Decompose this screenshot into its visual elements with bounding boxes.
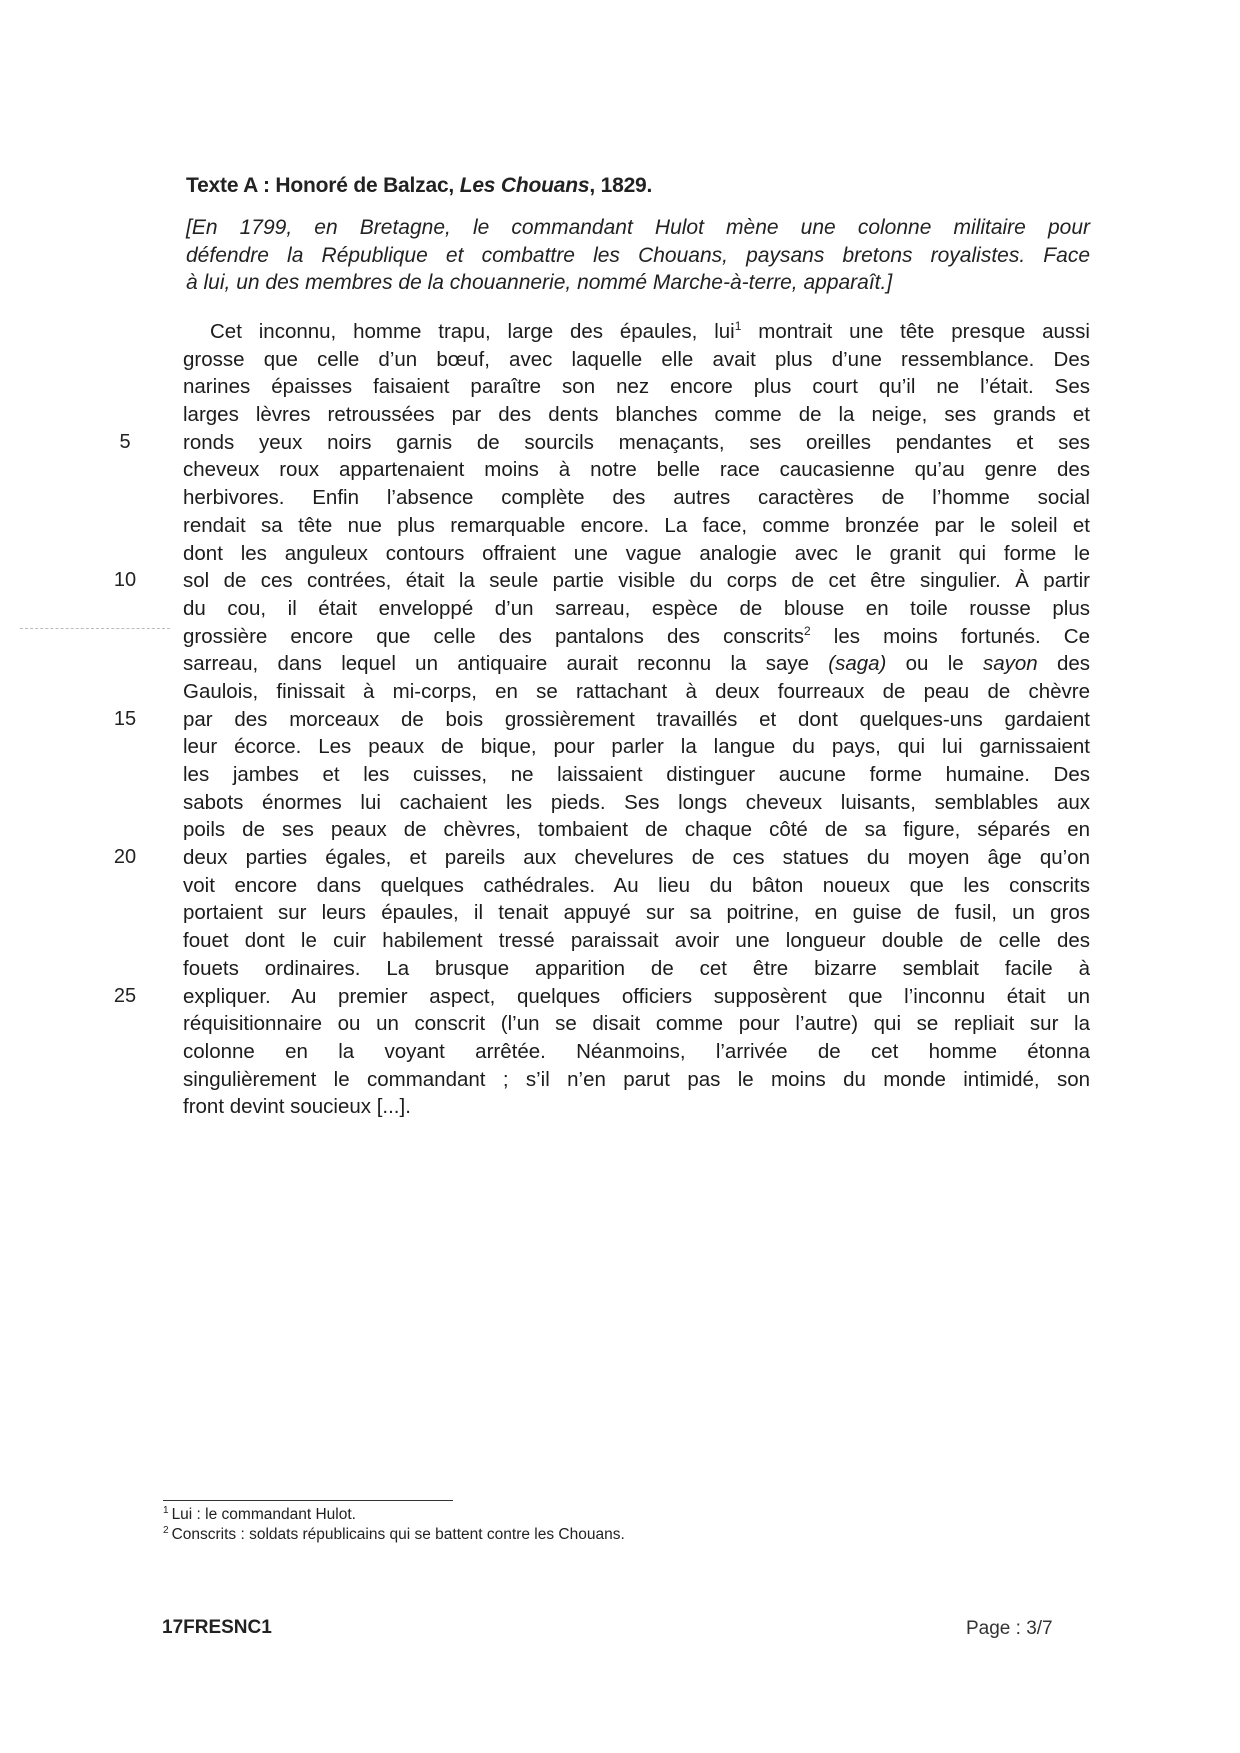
passage-line: grosse que celle d’un bœuf, avec laquell… [183,346,1090,374]
intro-line: [En 1799, en Bretagne, le commandant Hul… [186,214,1090,242]
passage-line: narines épaisses faisaient paraître son … [183,373,1090,401]
passage-line: fouets ordinaires. La brusque apparition… [183,955,1090,983]
footnote-text: Lui : le commandant Hulot. [172,1506,356,1523]
heading-suffix: , 1829. [589,174,652,197]
text-heading: Texte A : Honoré de Balzac, Les Chouans,… [186,174,652,198]
passage-line: larges lèvres retroussées par des dents … [183,401,1090,429]
line-segment: Cet inconnu, homme trapu, large des épau… [210,320,735,343]
passage-line: deux parties égales, et pareils aux chev… [183,844,1090,872]
line-segment: grossière encore que celle des pantalons… [183,625,804,648]
passage-line: colonne en la voyant arrêtée. Néanmoins,… [183,1038,1090,1066]
line-segment: leur écorce. Les peaux de bique, pour pa… [183,735,1090,758]
line-number: 20 [100,844,150,872]
line-segment: Gaulois, finissait à mi-corps, en se rat… [183,680,1090,703]
page-number: Page : 3/7 [966,1618,1053,1640]
intro-line: défendre la République et combattre les … [186,242,1090,270]
line-segment: dont les anguleux contours offraient une… [183,542,1090,565]
passage-text: Cet inconnu, homme trapu, large des épau… [183,318,1090,1121]
passage-line: par des morceaux de bois grossièrement t… [183,706,1090,734]
footnote-2: 2Conscrits : soldats républicains qui se… [163,1525,625,1545]
passage-line: singulièrement le commandant ; s’il n’en… [183,1066,1090,1094]
heading-work-title: Les Chouans [460,174,590,197]
line-segment: par des morceaux de bois grossièrement t… [183,708,1090,731]
line-segment: fouet dont le cuir habilement tressé par… [183,929,1090,952]
line-segment: sayon [983,652,1038,675]
line-segment: larges lèvres retroussées par des dents … [183,403,1090,426]
footnote-text: Conscrits : soldats républicains qui se … [172,1526,625,1543]
line-segment: ronds yeux noirs garnis de sourcils mena… [183,431,1090,454]
line-number: 25 [100,983,150,1011]
line-segment: deux parties égales, et pareils aux chev… [183,846,1090,869]
scan-artifact [20,628,170,629]
passage-line: sol de ces contrées, était la seule part… [183,567,1090,595]
footnote-1: 1Lui : le commandant Hulot. [163,1505,625,1525]
context-intro: [En 1799, en Bretagne, le commandant Hul… [186,214,1090,297]
line-segment: (saga) [828,652,886,675]
passage-line: Cet inconnu, homme trapu, large des épau… [183,318,1090,346]
passage-line: ronds yeux noirs garnis de sourcils mena… [183,429,1090,457]
line-segment: les moins fortunés. Ce [811,625,1090,648]
footnote-mark: 2 [163,1525,169,1536]
footnote-mark: 1 [163,1505,169,1516]
footnote-divider [163,1500,453,1501]
passage-line: portaient sur leurs épaules, il tenait a… [183,899,1090,927]
line-segment: herbivores. Enfin l’absence complète des… [183,486,1090,509]
passage-line: grossière encore que celle des pantalons… [183,623,1090,651]
intro-line: à lui, un des membres de la chouannerie,… [186,269,1090,297]
footnote-ref: 2 [804,624,811,638]
line-segment: ou le [886,652,983,675]
passage-line: voit encore dans quelques cathédrales. A… [183,872,1090,900]
passage-line: sarreau, dans lequel un antiquaire aurai… [183,650,1090,678]
line-number: 15 [100,706,150,734]
line-segment: réquisitionnaire ou un conscrit (l’un se… [183,1012,1090,1035]
heading-prefix: Texte A : Honoré de Balzac, [186,174,460,197]
passage-line: du cou, il était enveloppé d’un sarreau,… [183,595,1090,623]
passage-line: rendait sa tête nue plus remarquable enc… [183,512,1090,540]
line-segment: voit encore dans quelques cathédrales. A… [183,874,1090,897]
footnotes: 1Lui : le commandant Hulot. 2Conscrits :… [163,1505,625,1545]
passage-line: leur écorce. Les peaux de bique, pour pa… [183,733,1090,761]
line-segment: sarreau, dans lequel un antiquaire aurai… [183,652,828,675]
line-segment: rendait sa tête nue plus remarquable enc… [183,514,1090,537]
line-number: 5 [100,429,150,457]
passage-line: sabots énormes lui cachaient les pieds. … [183,789,1090,817]
passage-line: fouet dont le cuir habilement tressé par… [183,927,1090,955]
line-segment: colonne en la voyant arrêtée. Néanmoins,… [183,1040,1090,1063]
line-segment: expliquer. Au premier aspect, quelques o… [183,985,1090,1008]
line-segment: singulièrement le commandant ; s’il n’en… [183,1068,1090,1091]
passage-line: réquisitionnaire ou un conscrit (l’un se… [183,1010,1090,1038]
line-segment: du cou, il était enveloppé d’un sarreau,… [183,597,1090,620]
line-segment: sol de ces contrées, était la seule part… [183,569,1090,592]
line-segment: grosse que celle d’un bœuf, avec laquell… [183,348,1090,371]
passage-line: cheveux roux appartenaient moins à notre… [183,456,1090,484]
passage-line: Gaulois, finissait à mi-corps, en se rat… [183,678,1090,706]
line-segment: montrait une tête presque aussi [741,320,1090,343]
line-segment: les jambes et les cuisses, ne laissaient… [183,763,1090,786]
line-segment: portaient sur leurs épaules, il tenait a… [183,901,1090,924]
line-segment: fouets ordinaires. La brusque apparition… [183,957,1090,980]
passage-line: les jambes et les cuisses, ne laissaient… [183,761,1090,789]
passage-line: dont les anguleux contours offraient une… [183,540,1090,568]
line-segment: front devint soucieux [...]. [183,1095,411,1118]
passage-line: poils de ses peaux de chèvres, tombaient… [183,816,1090,844]
passage-line: expliquer. Au premier aspect, quelques o… [183,983,1090,1011]
line-segment: poils de ses peaux de chèvres, tombaient… [183,818,1090,841]
line-number: 10 [100,567,150,595]
passage-line: herbivores. Enfin l’absence complète des… [183,484,1090,512]
passage-line: front devint soucieux [...]. [183,1093,1090,1121]
line-segment: sabots énormes lui cachaient les pieds. … [183,791,1090,814]
exam-page: Texte A : Honoré de Balzac, Les Chouans,… [0,0,1240,1753]
line-segment: cheveux roux appartenaient moins à notre… [183,458,1090,481]
line-segment: narines épaisses faisaient paraître son … [183,375,1090,398]
line-segment: des [1038,652,1090,675]
exam-code: 17FRESNC1 [162,1617,272,1639]
